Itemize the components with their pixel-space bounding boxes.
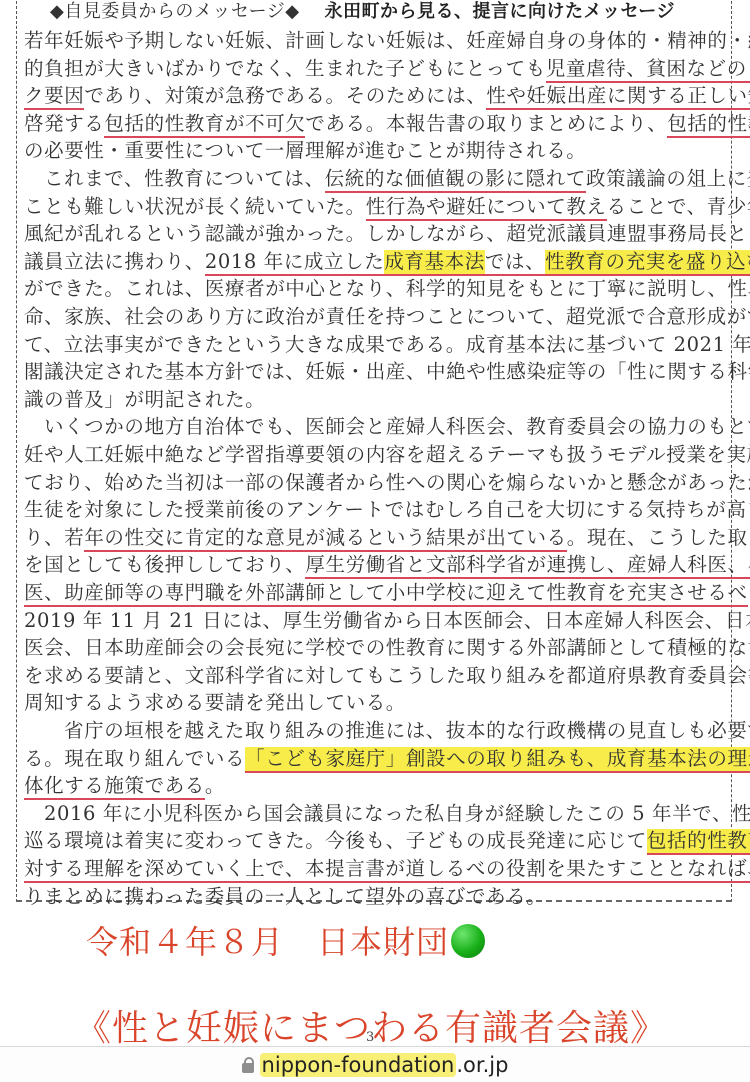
text-line: 体化する施策である。 xyxy=(24,772,728,800)
highlighted-text: 包括的性教育 xyxy=(647,829,750,855)
underlined-text: ク要因 xyxy=(24,84,84,110)
underlined-text: 包括的性教育が不可欠 xyxy=(104,112,305,138)
text-segment: 。現在、こうした取り組み xyxy=(567,526,750,549)
highlighted-text: 「こども家庭庁」創設への取り組みも、成育基本法の理念 xyxy=(245,747,750,773)
underlined-text: 対する理解を深めていく上で、本提言書が道しるべの役割を果たすこととなれば、取 xyxy=(24,857,750,883)
text-segment: 2016 年に小児科医から国会議員になった私自身が経験したこの 5 年半で、性教… xyxy=(44,802,750,825)
text-segment: を求める要請と、文部科学省に対してもこうした取り組みを都道府県教育委員会等に xyxy=(24,664,750,687)
text-segment: 生徒を対象にした授業前後のアンケートではむしろ自己を大切にする気持ちが高ま xyxy=(24,498,750,521)
text-segment: これまで、性教育については、 xyxy=(44,167,325,190)
document-heading: ◆自見委員からのメッセージ◆ 永田町から見る、提言に向けたメッセージ xyxy=(24,0,750,26)
text-line: 省庁の垣根を越えた取り組みの推進には、抜本的な行政機構の見直しも必要であ xyxy=(24,717,750,745)
caption-title: 《性と妊娠にまつわる有識者会議》 xyxy=(75,1000,750,1051)
underlined-text: 包括的性教育 xyxy=(667,112,750,138)
text-line: 閣議決定された基本方針では、妊娠・出産、中絶や性感染症等の「性に関する科学的知 xyxy=(24,358,728,386)
text-segment: ことも難しい状況が長く続いていた。 xyxy=(24,195,366,218)
text-line: の必要性・重要性について一層理解が進むことが期待される。 xyxy=(24,137,728,165)
text-line: 風紀が乱れるという認識が強かった。しかしながら、超党派議員連盟事務局長として xyxy=(24,220,728,248)
text-segment: ており、始めた当初は一部の保護者から性への関心を煽らないかと懸念があったが、 xyxy=(24,471,750,494)
text-segment: である。本報告書の取りまとめにより、 xyxy=(305,112,667,135)
text-segment: 政策議論の俎上に登る xyxy=(586,167,750,190)
text-segment: りまとめに携わった委員の一人として望外の喜びである。 xyxy=(24,885,546,908)
text-line: 生徒を対象にした授業前後のアンケートではむしろ自己を大切にする気持ちが高ま xyxy=(24,496,728,524)
text-line: 啓発する包括的性教育が不可欠である。本報告書の取りまとめにより、包括的性教育 xyxy=(24,110,728,138)
text-line: これまで、性教育については、伝統的な価値観の影に隠れて政策議論の俎上に登る xyxy=(24,165,748,193)
text-segment: を国としても後押ししており、 xyxy=(24,553,305,576)
heading-right: 永田町から見る、提言に向けたメッセージ xyxy=(325,1,675,22)
underlined-text: 医、助産師等の専門職を外部講師として小中学校に迎えて性教育を充実させるべ xyxy=(24,581,748,607)
text-segment: 若年妊娠や予期しない妊娠、計画しない妊娠は、妊産婦自身の身体的・精神的・経済 xyxy=(24,29,750,52)
underlined-text: 厚生労働省と文部科学省が連携し、産婦人科医、小児科 xyxy=(305,553,750,579)
text-line: 2019 年 11 月 21 日には、厚生労働省から日本医師会、日本産婦人科医会… xyxy=(24,607,728,635)
text-line: 若年妊娠や予期しない妊娠、計画しない妊娠は、妊産婦自身の身体的・精神的・経済 xyxy=(24,27,728,55)
text-line: 議員立法に携わり、2018 年に成立した成育基本法では、性教育の充実を盛り込むこ… xyxy=(24,248,728,276)
underlined-text: 年の性交に肯定的な意見が減るという結果が出ている xyxy=(84,526,566,552)
text-line: 妊や人工妊娠中絶など学習指導要領の内容を超えるテーマも扱うモデル授業を実施し xyxy=(24,441,728,469)
text-line: ク要因であり、対策が急務である。そのためには、性や妊娠出産に関する正しい知識を xyxy=(24,82,728,110)
text-line: ており、始めた当初は一部の保護者から性への関心を煽らないかと懸念があったが、 xyxy=(24,469,728,497)
text-segment: 啓発する xyxy=(24,112,104,135)
text-segment: の必要性・重要性について一層理解が進むことが期待される。 xyxy=(24,139,586,162)
text-line: る。現在取り組んでいる「こども家庭庁」創設への取り組みも、成育基本法の理念を具 xyxy=(24,745,728,773)
underlined-text: 性行為や避妊について教え xyxy=(366,195,607,221)
lock-icon xyxy=(242,1063,254,1073)
text-line: 識の普及」が明記された。 xyxy=(24,386,728,414)
text-line: を国としても後押ししており、厚生労働省と文部科学省が連携し、産婦人科医、小児科 xyxy=(24,551,728,579)
underlined-text: 2018 年に成立した xyxy=(205,250,384,276)
text-line: 医、助産師等の専門職を外部講師として小中学校に迎えて性教育を充実させるべく、 xyxy=(24,579,728,607)
underlined-text: 体化する施策である xyxy=(24,774,205,800)
url-domain-highlighted: nippon-foundation xyxy=(260,1053,457,1077)
highlighted-text: 性教育の充実を盛り込む xyxy=(545,250,750,276)
text-segment: 医会、日本助産師会の会長宛に学校での性教育に関する外部講師として積極的な協力 xyxy=(24,636,750,659)
text-line: 2016 年に小児科医から国会議員になった私自身が経験したこの 5 年半で、性教… xyxy=(24,800,748,828)
text-line: て、立法事実ができたという大きな成果である。成育基本法に基づいて 2021 年 … xyxy=(24,331,728,359)
text-segment: いくつかの地方自治体でも、医師会と産婦人科医会、教育委員会の協力のもとで避 xyxy=(44,415,750,438)
text-segment: ることで、青少年の xyxy=(607,195,750,218)
text-segment: 識の普及」が明記された。 xyxy=(24,388,265,411)
text-segment: 議員立法に携わり、 xyxy=(24,250,205,273)
text-segment: る。現在取り組んでいる xyxy=(24,747,245,770)
text-line: 医会、日本助産師会の会長宛に学校での性教育に関する外部講師として積極的な協力 xyxy=(24,634,728,662)
url-domain-rest: .or.jp xyxy=(456,1053,508,1077)
text-segment: て、立法事実ができたという大きな成果である。成育基本法に基づいて 2021 年 … xyxy=(24,333,750,356)
text-line: り、若年の性交に肯定的な意見が減るという結果が出ている。現在、こうした取り組み xyxy=(24,524,728,552)
text-line: を求める要請と、文部科学省に対してもこうした取り組みを都道府県教育委員会等に xyxy=(24,662,728,690)
text-segment: 命、家族、社会のあり方に政治が責任を持つことについて、超党派で合意形成ができ xyxy=(24,305,750,328)
text-line: 巡る環境は着実に変わってきた。今後も、子どもの成長発達に応じて包括的性教育に xyxy=(24,827,728,855)
text-segment: り、若 xyxy=(24,526,84,549)
underlined-text: では、 xyxy=(485,250,545,276)
text-segment: 風紀が乱れるという認識が強かった。しかしながら、超党派議員連盟事務局長として xyxy=(24,222,750,245)
text-segment: 妊や人工妊娠中絶など学習指導要領の内容を超えるテーマも扱うモデル授業を実施し xyxy=(24,443,750,466)
text-segment: 閣議決定された基本方針では、妊娠・出産、中絶や性感染症等の「性に関する科学的知 xyxy=(24,360,750,383)
browser-url-bar[interactable]: nippon-foundation.or.jp xyxy=(0,1046,750,1082)
text-line: 対する理解を深めていく上で、本提言書が道しるべの役割を果たすこととなれば、取 xyxy=(24,855,728,883)
text-line: 命、家族、社会のあり方に政治が責任を持つことについて、超党派で合意形成ができ xyxy=(24,303,728,331)
text-line: ができた。これは、医療者が中心となり、科学的知見をもとに丁寧に説明し、性、生 xyxy=(24,275,728,303)
text-segment: 。 xyxy=(205,774,225,797)
underlined-text: 児童虐待、貧困などのリス xyxy=(546,57,750,83)
text-segment: 周知するよう求める要請を発出している。 xyxy=(24,691,406,714)
text-segment: 的負担が大きいばかりでなく、生まれた子どもにとっても xyxy=(24,57,546,80)
text-line: 周知するよう求める要請を発出している。 xyxy=(24,689,728,717)
caption-date-org: 令和４年８月 日本財団 xyxy=(86,917,750,963)
caption-line1: 令和４年８月 日本財団 xyxy=(86,923,449,961)
text-line: いくつかの地方自治体でも、医師会と産婦人科医会、教育委員会の協力のもとで避 xyxy=(24,413,748,441)
green-circle-icon xyxy=(451,924,485,958)
text-line: 的負担が大きいばかりでなく、生まれた子どもにとっても児童虐待、貧困などのリス xyxy=(24,55,728,83)
text-segment: 2019 年 11 月 21 日には、厚生労働省から日本医師会、日本産婦人科医会… xyxy=(24,609,750,632)
text-segment: 省庁の垣根を越えた取り組みの推進には、抜本的な行政機構の見直しも必要であ xyxy=(64,719,750,742)
page-number: 3 xyxy=(366,1030,374,1045)
text-segment: 巡る環境は着実に変わってきた。今後も、子どもの成長発達に応じて xyxy=(24,829,647,852)
highlighted-text: 成育基本法 xyxy=(384,250,485,276)
underlined-text: 伝統的な価値観の影に隠れて xyxy=(325,167,586,193)
text-segment: であり、対策が急務である。そのためには、 xyxy=(84,84,486,107)
text-line: ことも難しい状況が長く続いていた。性行為や避妊について教えることで、青少年の xyxy=(24,193,728,221)
heading-left: ◆自見委員からのメッセージ◆ xyxy=(50,1,300,22)
text-segment: ができた。これは、医療者が中心となり、科学的知見をもとに丁寧に説明し、性、生 xyxy=(24,277,750,300)
underlined-text: 性や妊娠出産に関する正しい知識 xyxy=(486,84,750,110)
text-line: りまとめに携わった委員の一人として望外の喜びである。 xyxy=(24,883,728,911)
